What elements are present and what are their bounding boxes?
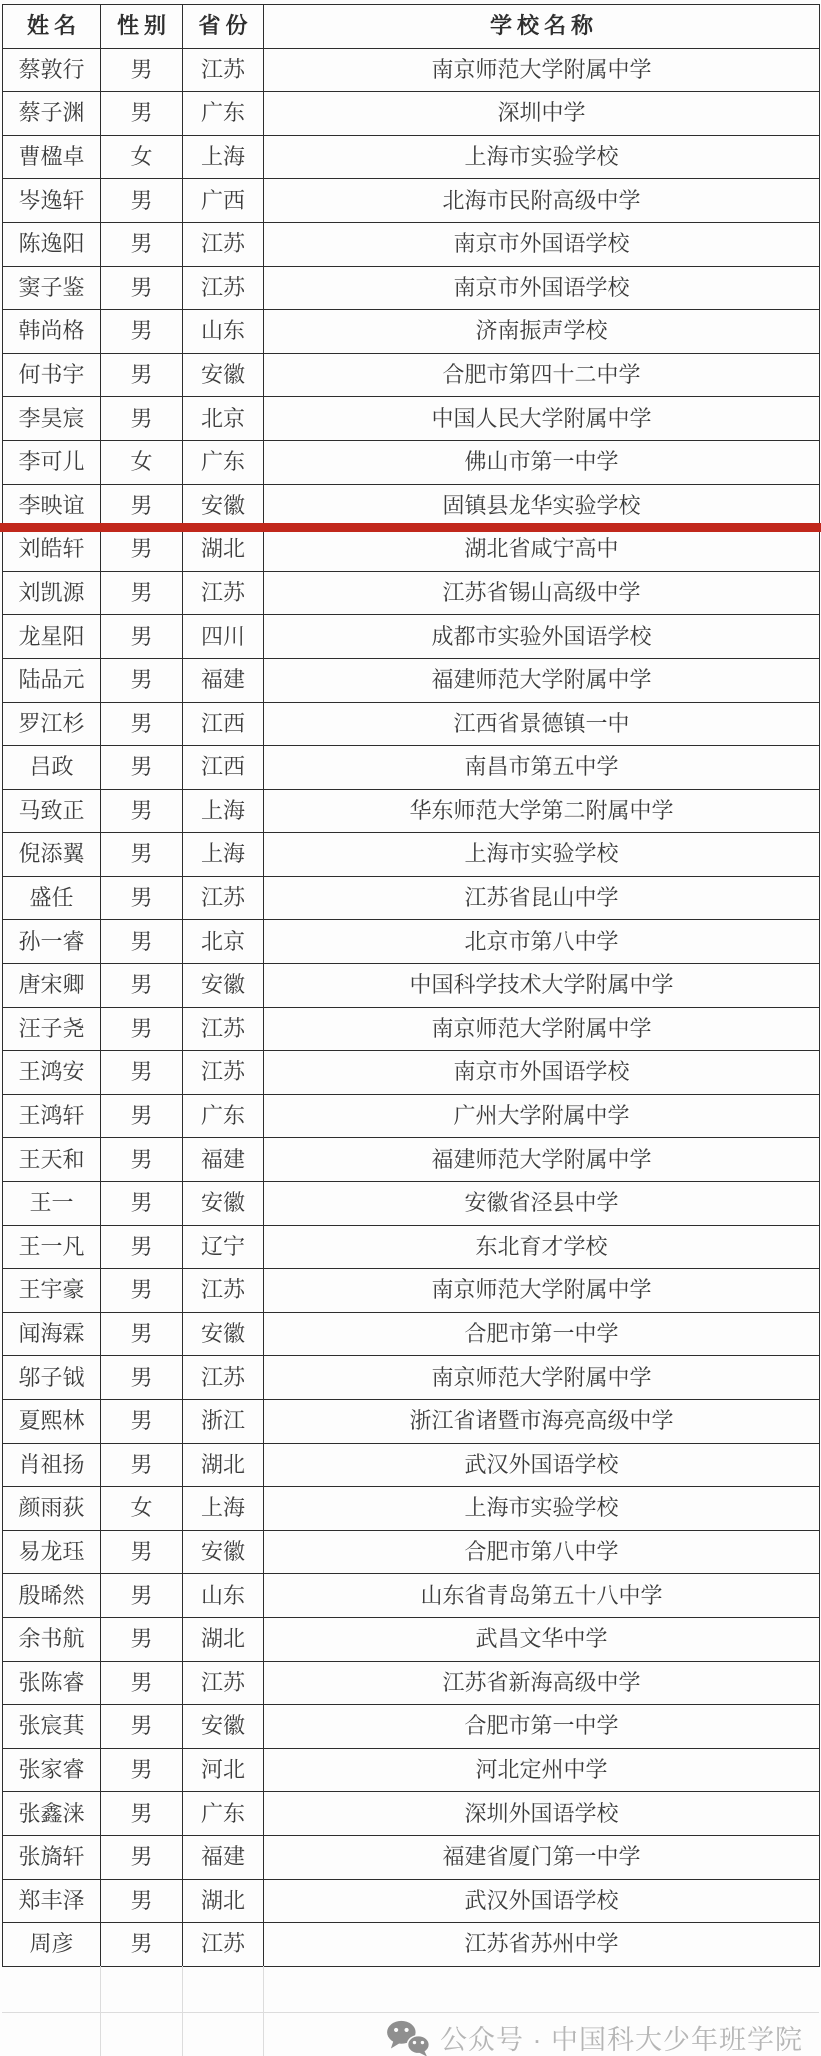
cell-province: 河北 <box>183 1748 264 1792</box>
cell-school: 上海市实验学校 <box>264 833 820 877</box>
cell-student-name: 李可儿 <box>3 440 101 484</box>
cell-gender: 男 <box>101 1443 183 1487</box>
cell-gender: 男 <box>101 48 183 92</box>
cell-gender: 男 <box>101 702 183 746</box>
cell-school: 南京师范大学附属中学 <box>264 1007 820 1051</box>
cell-gender: 男 <box>101 1051 183 1095</box>
table-row: 陈逸阳 男 江苏 南京市外国语学校 <box>3 222 820 266</box>
cell-student-name: 王鸿安 <box>3 1051 101 1095</box>
cell-school: 浙江省诸暨市海亮高级中学 <box>264 1400 820 1444</box>
cell-gender: 男 <box>101 571 183 615</box>
cell-school: 湖北省咸宁高中 <box>264 528 820 572</box>
cell-gender: 男 <box>101 1138 183 1182</box>
cell-school: 中国科学技术大学附属中学 <box>264 964 820 1008</box>
table-row: 易龙珏 男 安徽 合肥市第八中学 <box>3 1530 820 1574</box>
cell-student-name: 何书宇 <box>3 353 101 397</box>
table-row: 郑丰泽 男 湖北 武汉外国语学校 <box>3 1879 820 1923</box>
faint-column-line <box>100 1966 101 2056</box>
cell-student-name: 闻海霖 <box>3 1312 101 1356</box>
table-row: 张旖轩 男 福建 福建省厦门第一中学 <box>3 1835 820 1879</box>
cell-student-name: 易龙珏 <box>3 1530 101 1574</box>
cell-school: 福建省厦门第一中学 <box>264 1835 820 1879</box>
cell-student-name: 张鑫涞 <box>3 1792 101 1836</box>
table-row: 蔡子渊 男 广东 深圳中学 <box>3 92 820 136</box>
cell-student-name: 张家睿 <box>3 1748 101 1792</box>
cell-student-name: 马致正 <box>3 789 101 833</box>
cell-student-name: 岑逸轩 <box>3 179 101 223</box>
cell-student-name: 李映谊 <box>3 484 101 528</box>
cell-student-name: 陈逸阳 <box>3 222 101 266</box>
cell-student-name: 倪添翼 <box>3 833 101 877</box>
cell-province: 辽宁 <box>183 1225 264 1269</box>
cell-gender: 男 <box>101 528 183 572</box>
cell-school: 武昌文华中学 <box>264 1617 820 1661</box>
header-name: 姓名 <box>3 5 101 49</box>
cell-province: 安徽 <box>183 484 264 528</box>
table-row: 王一 男 安徽 安徽省泾县中学 <box>3 1182 820 1226</box>
cell-student-name: 殷晞然 <box>3 1574 101 1618</box>
cell-student-name: 曹楹卓 <box>3 135 101 179</box>
cell-province: 广东 <box>183 440 264 484</box>
table-row: 殷晞然 男 山东 山东省青岛第五十八中学 <box>3 1574 820 1618</box>
cell-gender: 男 <box>101 397 183 441</box>
cell-student-name: 张宸萁 <box>3 1705 101 1749</box>
cell-school: 佛山市第一中学 <box>264 440 820 484</box>
cell-gender: 男 <box>101 1269 183 1313</box>
watermark-text: 公众号 · 中国科大少年班学院 <box>440 2018 803 2056</box>
cell-school: 安徽省泾县中学 <box>264 1182 820 1226</box>
cell-gender: 男 <box>101 1182 183 1226</box>
cell-gender: 男 <box>101 658 183 702</box>
cell-student-name: 夏熙林 <box>3 1400 101 1444</box>
cell-student-name: 韩尚格 <box>3 310 101 354</box>
cell-gender: 男 <box>101 92 183 136</box>
cell-province: 北京 <box>183 920 264 964</box>
cell-province: 北京 <box>183 397 264 441</box>
cell-school: 南昌市第五中学 <box>264 746 820 790</box>
cell-school: 固镇县龙华实验学校 <box>264 484 820 528</box>
cell-school: 东北育才学校 <box>264 1225 820 1269</box>
table-row: 张家睿 男 河北 河北定州中学 <box>3 1748 820 1792</box>
cell-student-name: 蔡敦行 <box>3 48 101 92</box>
cell-province: 江苏 <box>183 1923 264 1967</box>
cell-student-name: 唐宋卿 <box>3 964 101 1008</box>
cell-province: 山东 <box>183 310 264 354</box>
table-row: 王一凡 男 辽宁 东北育才学校 <box>3 1225 820 1269</box>
cell-school: 南京市外国语学校 <box>264 222 820 266</box>
cell-province: 江苏 <box>183 1051 264 1095</box>
red-divider <box>0 523 821 532</box>
table-row: 窦子鉴 男 江苏 南京市外国语学校 <box>3 266 820 310</box>
cell-school: 中国人民大学附属中学 <box>264 397 820 441</box>
cell-province: 广东 <box>183 1094 264 1138</box>
cell-province: 广东 <box>183 1792 264 1836</box>
cell-gender: 男 <box>101 353 183 397</box>
table-row: 蔡敦行 男 江苏 南京师范大学附属中学 <box>3 48 820 92</box>
table-row: 王鸿轩 男 广东 广州大学附属中学 <box>3 1094 820 1138</box>
wechat-icon <box>385 2019 431 2056</box>
table-row: 李映谊 男 安徽 固镇县龙华实验学校 <box>3 484 820 528</box>
cell-school: 广州大学附属中学 <box>264 1094 820 1138</box>
cell-student-name: 张陈睿 <box>3 1661 101 1705</box>
table-row: 王宇豪 男 江苏 南京师范大学附属中学 <box>3 1269 820 1313</box>
cell-gender: 男 <box>101 1923 183 1967</box>
roster-page: 姓名 性别 省份 学校名称 蔡敦行 男 江苏 南京师范大学附属中学 蔡子渊 男 … <box>0 0 821 2056</box>
cell-gender: 男 <box>101 484 183 528</box>
table-row: 张鑫涞 男 广东 深圳外国语学校 <box>3 1792 820 1836</box>
roster-body: 蔡敦行 男 江苏 南京师范大学附属中学 蔡子渊 男 广东 深圳中学 曹楹卓 女 … <box>3 48 820 1966</box>
header-province: 省份 <box>183 5 264 49</box>
cell-gender: 男 <box>101 876 183 920</box>
cell-school: 北京市第八中学 <box>264 920 820 964</box>
cell-gender: 女 <box>101 135 183 179</box>
cell-province: 四川 <box>183 615 264 659</box>
cell-province: 江苏 <box>183 1007 264 1051</box>
cell-student-name: 王宇豪 <box>3 1269 101 1313</box>
cell-school: 江西省景德镇一中 <box>264 702 820 746</box>
cell-province: 江苏 <box>183 1356 264 1400</box>
cell-school: 武汉外国语学校 <box>264 1443 820 1487</box>
cell-gender: 男 <box>101 1400 183 1444</box>
cell-gender: 男 <box>101 179 183 223</box>
table-row: 李可儿 女 广东 佛山市第一中学 <box>3 440 820 484</box>
cell-school: 上海市实验学校 <box>264 135 820 179</box>
cell-student-name: 王天和 <box>3 1138 101 1182</box>
cell-student-name: 肖祖扬 <box>3 1443 101 1487</box>
table-row: 岑逸轩 男 广西 北海市民附高级中学 <box>3 179 820 223</box>
cell-school: 南京师范大学附属中学 <box>264 1269 820 1313</box>
cell-province: 安徽 <box>183 1182 264 1226</box>
cell-province: 安徽 <box>183 1312 264 1356</box>
cell-province: 湖北 <box>183 528 264 572</box>
cell-student-name: 王一凡 <box>3 1225 101 1269</box>
cell-student-name: 王一 <box>3 1182 101 1226</box>
faint-column-line <box>182 1966 183 2056</box>
cell-province: 安徽 <box>183 1530 264 1574</box>
table-row: 刘皓轩 男 湖北 湖北省咸宁高中 <box>3 528 820 572</box>
cell-province: 山东 <box>183 1574 264 1618</box>
cell-province: 上海 <box>183 135 264 179</box>
cell-gender: 男 <box>101 964 183 1008</box>
cell-gender: 女 <box>101 1487 183 1531</box>
cell-gender: 男 <box>101 1879 183 1923</box>
cell-gender: 男 <box>101 1617 183 1661</box>
cell-province: 江苏 <box>183 48 264 92</box>
cell-province: 江苏 <box>183 266 264 310</box>
cell-student-name: 蔡子渊 <box>3 92 101 136</box>
cell-school: 深圳中学 <box>264 92 820 136</box>
cell-school: 江苏省锡山高级中学 <box>264 571 820 615</box>
cell-gender: 男 <box>101 1094 183 1138</box>
cell-school: 上海市实验学校 <box>264 1487 820 1531</box>
cell-gender: 男 <box>101 1835 183 1879</box>
table-row: 陆品元 男 福建 福建师范大学附属中学 <box>3 658 820 702</box>
cell-province: 江苏 <box>183 1269 264 1313</box>
cell-school: 河北定州中学 <box>264 1748 820 1792</box>
cell-gender: 男 <box>101 310 183 354</box>
table-row: 李昊宸 男 北京 中国人民大学附属中学 <box>3 397 820 441</box>
cell-province: 江苏 <box>183 571 264 615</box>
cell-province: 福建 <box>183 1138 264 1182</box>
table-row: 周彦 男 江苏 江苏省苏州中学 <box>3 1923 820 1967</box>
table-row: 王天和 男 福建 福建师范大学附属中学 <box>3 1138 820 1182</box>
cell-student-name: 李昊宸 <box>3 397 101 441</box>
table-row: 张陈睿 男 江苏 江苏省新海高级中学 <box>3 1661 820 1705</box>
table-row: 曹楹卓 女 上海 上海市实验学校 <box>3 135 820 179</box>
cell-province: 浙江 <box>183 1400 264 1444</box>
cell-province: 福建 <box>183 658 264 702</box>
table-row: 刘凯源 男 江苏 江苏省锡山高级中学 <box>3 571 820 615</box>
table-row: 王鸿安 男 江苏 南京市外国语学校 <box>3 1051 820 1095</box>
faint-column-line <box>263 1966 264 2056</box>
cell-gender: 男 <box>101 1661 183 1705</box>
cell-gender: 男 <box>101 789 183 833</box>
roster-table: 姓名 性别 省份 学校名称 蔡敦行 男 江苏 南京师范大学附属中学 蔡子渊 男 … <box>2 4 820 1967</box>
cell-gender: 男 <box>101 222 183 266</box>
cell-province: 上海 <box>183 1487 264 1531</box>
cell-gender: 男 <box>101 1312 183 1356</box>
cell-school: 深圳外国语学校 <box>264 1792 820 1836</box>
table-row: 张宸萁 男 安徽 合肥市第一中学 <box>3 1705 820 1749</box>
cell-province: 江西 <box>183 702 264 746</box>
cell-province: 安徽 <box>183 964 264 1008</box>
cell-student-name: 郑丰泽 <box>3 1879 101 1923</box>
cell-province: 安徽 <box>183 353 264 397</box>
cell-student-name: 周彦 <box>3 1923 101 1967</box>
cell-student-name: 余书航 <box>3 1617 101 1661</box>
cell-student-name: 刘凯源 <box>3 571 101 615</box>
cell-school: 成都市实验外国语学校 <box>264 615 820 659</box>
cell-student-name: 龙星阳 <box>3 615 101 659</box>
cell-province: 江苏 <box>183 876 264 920</box>
cell-gender: 男 <box>101 746 183 790</box>
cell-student-name: 邬子钺 <box>3 1356 101 1400</box>
table-row: 汪子尧 男 江苏 南京师范大学附属中学 <box>3 1007 820 1051</box>
table-row: 龙星阳 男 四川 成都市实验外国语学校 <box>3 615 820 659</box>
table-row: 韩尚格 男 山东 济南振声学校 <box>3 310 820 354</box>
table-row: 唐宋卿 男 安徽 中国科学技术大学附属中学 <box>3 964 820 1008</box>
cell-student-name: 窦子鉴 <box>3 266 101 310</box>
table-row: 马致正 男 上海 华东师范大学第二附属中学 <box>3 789 820 833</box>
faint-row-line <box>2 2012 819 2013</box>
cell-province: 江苏 <box>183 1661 264 1705</box>
cell-gender: 男 <box>101 1748 183 1792</box>
cell-school: 山东省青岛第五十八中学 <box>264 1574 820 1618</box>
cell-gender: 男 <box>101 1705 183 1749</box>
cell-school: 福建师范大学附属中学 <box>264 1138 820 1182</box>
cell-student-name: 颜雨荻 <box>3 1487 101 1531</box>
table-row: 孙一睿 男 北京 北京市第八中学 <box>3 920 820 964</box>
cell-gender: 男 <box>101 1574 183 1618</box>
cell-student-name: 陆品元 <box>3 658 101 702</box>
watermark: 公众号 · 中国科大少年班学院 <box>385 2018 803 2056</box>
cell-gender: 男 <box>101 266 183 310</box>
cell-student-name: 盛任 <box>3 876 101 920</box>
header-gender: 性别 <box>101 5 183 49</box>
table-row: 夏熙林 男 浙江 浙江省诸暨市海亮高级中学 <box>3 1400 820 1444</box>
cell-school: 武汉外国语学校 <box>264 1879 820 1923</box>
cell-province: 福建 <box>183 1835 264 1879</box>
cell-gender: 男 <box>101 1530 183 1574</box>
cell-school: 合肥市第一中学 <box>264 1312 820 1356</box>
cell-school: 济南振声学校 <box>264 310 820 354</box>
cell-province: 安徽 <box>183 1705 264 1749</box>
cell-student-name: 张旖轩 <box>3 1835 101 1879</box>
cell-student-name: 刘皓轩 <box>3 528 101 572</box>
cell-province: 湖北 <box>183 1879 264 1923</box>
table-row: 余书航 男 湖北 武昌文华中学 <box>3 1617 820 1661</box>
cell-gender: 男 <box>101 1792 183 1836</box>
table-row: 吕政 男 江西 南昌市第五中学 <box>3 746 820 790</box>
header-row: 姓名 性别 省份 学校名称 <box>3 5 820 49</box>
table-row: 盛任 男 江苏 江苏省昆山中学 <box>3 876 820 920</box>
cell-gender: 男 <box>101 1356 183 1400</box>
cell-school: 合肥市第四十二中学 <box>264 353 820 397</box>
cell-school: 江苏省苏州中学 <box>264 1923 820 1967</box>
table-row: 闻海霖 男 安徽 合肥市第一中学 <box>3 1312 820 1356</box>
cell-school: 合肥市第一中学 <box>264 1705 820 1749</box>
cell-student-name: 罗江杉 <box>3 702 101 746</box>
cell-gender: 男 <box>101 1225 183 1269</box>
cell-gender: 男 <box>101 833 183 877</box>
cell-province: 江苏 <box>183 222 264 266</box>
cell-province: 上海 <box>183 789 264 833</box>
cell-school: 南京师范大学附属中学 <box>264 1356 820 1400</box>
cell-school: 江苏省昆山中学 <box>264 876 820 920</box>
header-school: 学校名称 <box>264 5 820 49</box>
cell-school: 南京市外国语学校 <box>264 266 820 310</box>
cell-school: 福建师范大学附属中学 <box>264 658 820 702</box>
table-row: 颜雨荻 女 上海 上海市实验学校 <box>3 1487 820 1531</box>
cell-student-name: 孙一睿 <box>3 920 101 964</box>
cell-province: 湖北 <box>183 1617 264 1661</box>
cell-gender: 男 <box>101 1007 183 1051</box>
cell-school: 南京师范大学附属中学 <box>264 48 820 92</box>
cell-school: 江苏省新海高级中学 <box>264 1661 820 1705</box>
cell-province: 广西 <box>183 179 264 223</box>
cell-gender: 男 <box>101 615 183 659</box>
cell-gender: 男 <box>101 920 183 964</box>
cell-student-name: 王鸿轩 <box>3 1094 101 1138</box>
cell-province: 江西 <box>183 746 264 790</box>
cell-school: 北海市民附高级中学 <box>264 179 820 223</box>
cell-school: 南京市外国语学校 <box>264 1051 820 1095</box>
table-row: 罗江杉 男 江西 江西省景德镇一中 <box>3 702 820 746</box>
cell-province: 湖北 <box>183 1443 264 1487</box>
cell-school: 合肥市第八中学 <box>264 1530 820 1574</box>
cell-province: 广东 <box>183 92 264 136</box>
cell-student-name: 汪子尧 <box>3 1007 101 1051</box>
cell-province: 上海 <box>183 833 264 877</box>
cell-school: 华东师范大学第二附属中学 <box>264 789 820 833</box>
table-row: 倪添翼 男 上海 上海市实验学校 <box>3 833 820 877</box>
table-row: 何书宇 男 安徽 合肥市第四十二中学 <box>3 353 820 397</box>
table-row: 邬子钺 男 江苏 南京师范大学附属中学 <box>3 1356 820 1400</box>
table-row: 肖祖扬 男 湖北 武汉外国语学校 <box>3 1443 820 1487</box>
cell-student-name: 吕政 <box>3 746 101 790</box>
cell-gender: 女 <box>101 440 183 484</box>
